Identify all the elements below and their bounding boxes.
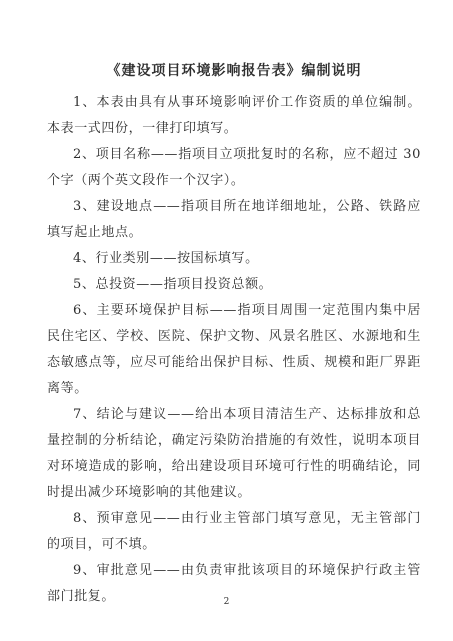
paragraph-1: 1、本表由具有从事环境影响评价工作资质的单位编制。本表一式四份，一律打印填写。 (47, 90, 421, 142)
document-body: 《建设项目环境影响报告表》编制说明 1、本表由具有从事环境影响评价工作资质的单位… (47, 58, 421, 610)
document-page: 《建设项目环境影响报告表》编制说明 1、本表由具有从事环境影响评价工作资质的单位… (0, 0, 453, 641)
paragraph-3: 3、建设地点——指项目所在地详细地址，公路、铁路应填写起止地点。 (47, 194, 421, 246)
paragraph-2: 2、项目名称——指项目立项批复时的名称，应不超过 30 个字（两个英文段作一个汉… (47, 142, 421, 194)
paragraph-7: 7、结论与建议——给出本项目清洁生产、达标排放和总量控制的分析结论，确定污染防治… (47, 402, 421, 506)
paragraph-4: 4、行业类别——按国标填写。 (47, 246, 421, 272)
paragraph-8: 8、预审意见——由行业主管部门填写意见，无主管部门的项目，可不填。 (47, 506, 421, 558)
paragraph-6: 6、主要环境保护目标——指项目周围一定范围内集中居民住宅区、学校、医院、保护文物… (47, 298, 421, 402)
document-title: 《建设项目环境影响报告表》编制说明 (47, 58, 421, 84)
page-number: 2 (0, 597, 453, 607)
paragraph-5: 5、总投资——指项目投资总额。 (47, 272, 421, 298)
